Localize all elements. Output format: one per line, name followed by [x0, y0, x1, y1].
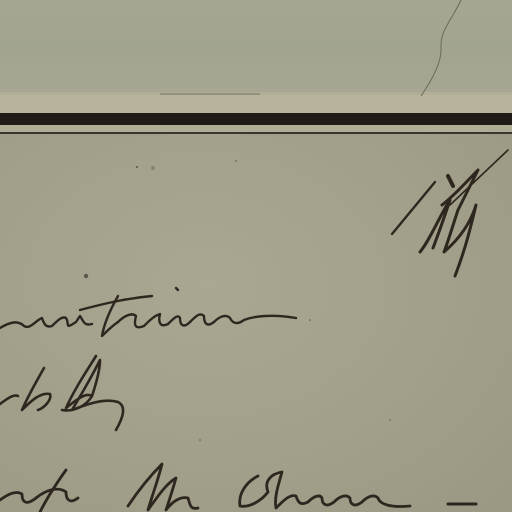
handwriting-line-1 [0, 288, 296, 336]
handwriting-layer [0, 0, 512, 512]
paper-specks [84, 160, 391, 441]
year-mark [392, 150, 508, 276]
handwriting-line-3 [0, 464, 476, 512]
handwriting-line-2 [0, 356, 123, 430]
document-photo: 1867 …artiana …ble …afn Ms. Arara — [0, 0, 512, 512]
